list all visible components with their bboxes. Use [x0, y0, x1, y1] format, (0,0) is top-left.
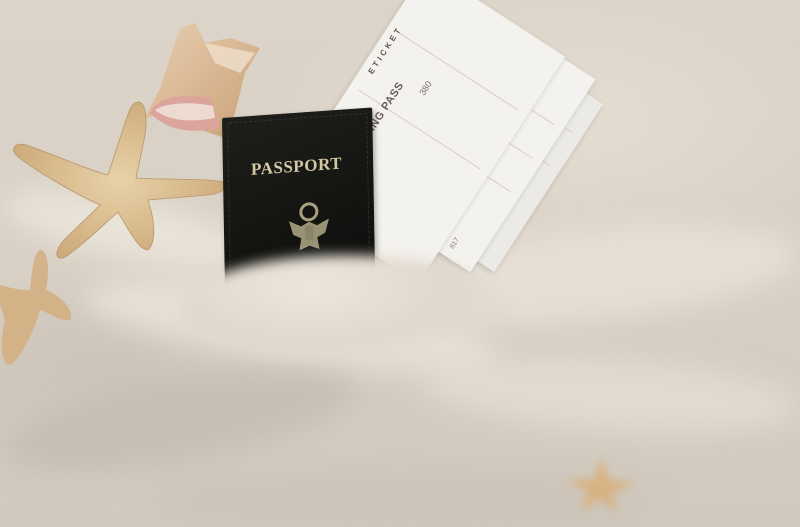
starfish-icon [0, 250, 90, 370]
eticket-label: ETICKET [367, 24, 405, 75]
starfish-icon [560, 455, 640, 515]
sand-mound [180, 255, 510, 365]
sand-ripple [418, 347, 800, 443]
passport-title: PASSPORT [251, 154, 342, 180]
sand-shadow [0, 349, 364, 490]
ticket-code: 817 [449, 237, 461, 251]
starfish-icon [8, 100, 233, 260]
ticket-number: 380 [417, 79, 434, 97]
beach-photo: 2983275897 817 2983275899 817 ETICKET 38… [0, 0, 800, 527]
eagle-seal-icon [279, 196, 340, 260]
